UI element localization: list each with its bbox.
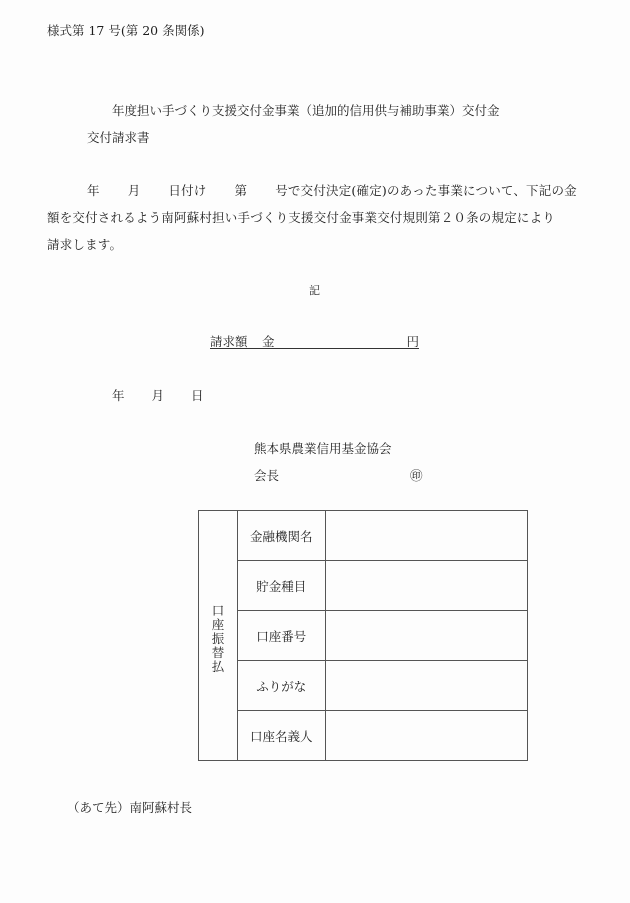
side-label-char: 替 — [199, 646, 237, 660]
seal-icon: ㊞ — [410, 466, 423, 484]
claim-kin-label: 金 — [262, 332, 275, 350]
applicant-title: 会長 — [254, 468, 279, 483]
table-row: 口 座 振 替 払 金融機関名 — [199, 511, 528, 561]
account-number-field[interactable] — [325, 611, 527, 661]
body-text: 号で交付決定(確定)のあった事業について、下記の金 — [275, 183, 577, 198]
day-label: 日 — [191, 386, 204, 404]
claim-yen-label: 円 — [406, 332, 419, 350]
deposit-type-field[interactable] — [325, 561, 527, 611]
account-number-label: 口座番号 — [237, 611, 325, 661]
body-paragraph-line-3: 請求します。 — [47, 235, 122, 253]
body-paragraph-line-2: 額を交付されるよう南阿蘇村担い手づくり支援交付金事業交付規則第２０条の規定により — [47, 208, 555, 226]
table-row: 口座番号 — [199, 611, 528, 661]
claim-amount-label: 請求額 — [210, 332, 248, 350]
applicant-organization: 熊本県農業信用基金協会 — [254, 439, 392, 457]
deposit-type-label: 貯金種目 — [237, 561, 325, 611]
date-day-label: 日付け — [168, 183, 206, 198]
number-prefix-label: 第 — [235, 183, 248, 198]
table-row: ふりがな — [199, 661, 528, 711]
ki-heading: 記 — [309, 282, 320, 298]
body-paragraph-line-1: 年月日付け第号で交付決定(確定)のあった事業について、下記の金 — [47, 181, 577, 199]
side-label-char: 振 — [199, 632, 237, 646]
addressee: （あて先）南阿蘇村長 — [67, 798, 192, 816]
table-row: 貯金種目 — [199, 561, 528, 611]
bank-name-field[interactable] — [325, 511, 527, 561]
side-label-char: 座 — [199, 618, 237, 632]
furigana-field[interactable] — [325, 661, 527, 711]
account-holder-label: 口座名義人 — [237, 711, 325, 761]
month-label: 月 — [152, 386, 165, 404]
date-year-label: 年 — [87, 183, 100, 198]
year-label: 年 — [112, 386, 125, 404]
table-row: 口座名義人 — [199, 711, 528, 761]
account-holder-field[interactable] — [325, 711, 527, 761]
document-title: 年度担い手づくり支援交付金事業（追加的信用供与補助事業）交付金 — [112, 101, 500, 119]
request-date: 年月日 — [112, 386, 204, 404]
bank-transfer-side-label: 口 座 振 替 払 — [199, 511, 238, 761]
form-number: 様式第 17 号(第 20 条関係) — [47, 21, 204, 39]
side-label-char: 口 — [199, 604, 237, 618]
date-month-label: 月 — [128, 183, 141, 198]
claim-amount-line: 請求額 金 円 — [210, 332, 419, 349]
side-label-char: 払 — [199, 660, 237, 674]
applicant-title-row: 会長 ㊞ — [254, 466, 429, 484]
document-title-subtitle: 交付請求書 — [87, 128, 150, 146]
bank-name-label: 金融機関名 — [237, 511, 325, 561]
furigana-label: ふりがな — [237, 661, 325, 711]
bank-transfer-table: 口 座 振 替 払 金融機関名 貯金種目 口座番号 ふりがな 口座名義人 — [198, 510, 528, 761]
